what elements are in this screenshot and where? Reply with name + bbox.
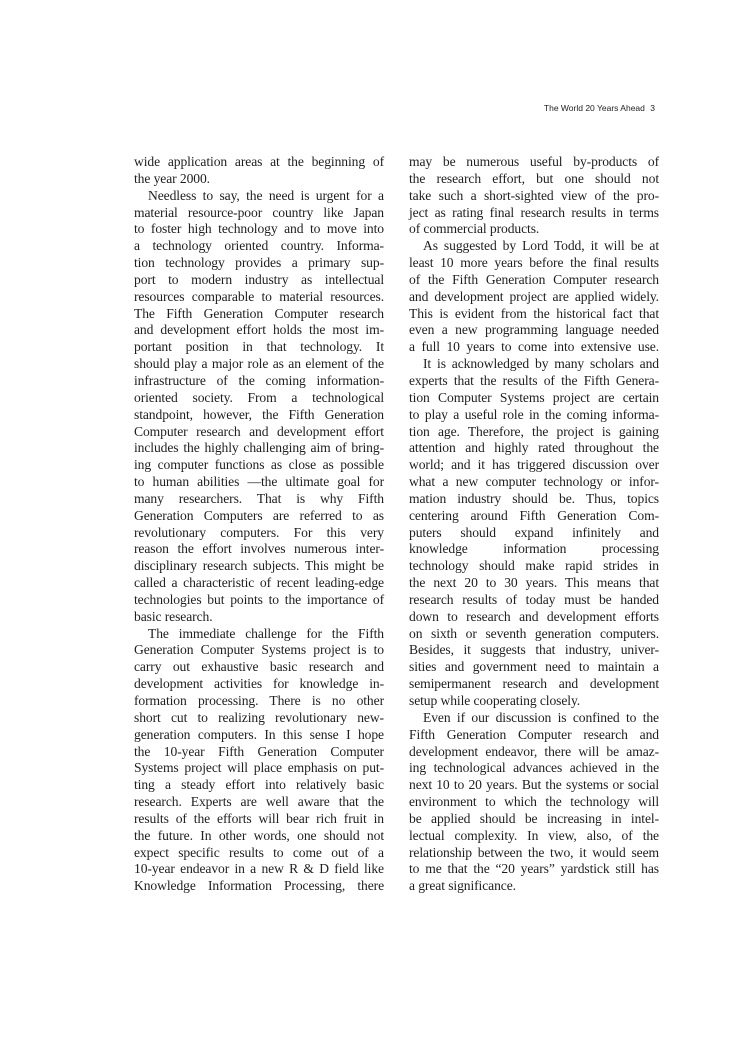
page-number: 3 bbox=[650, 103, 655, 113]
text-line: a technology oriented country. Informa- bbox=[134, 238, 384, 255]
right-column: may be numerous useful by-products ofthe… bbox=[409, 154, 659, 895]
text-line: to foster high technology and to move in… bbox=[134, 221, 384, 238]
text-line: As suggested by Lord Todd, it will be at bbox=[409, 238, 659, 255]
text-line: on sixth or seventh generation computers… bbox=[409, 626, 659, 643]
text-line: to me that the “20 years” yardstick stil… bbox=[409, 861, 659, 878]
text-line: Computer research and development effort bbox=[134, 424, 384, 441]
text-line: research. Experts are well aware that th… bbox=[134, 794, 384, 811]
text-line: many researchers. That is why Fifth bbox=[134, 491, 384, 508]
running-header: The World 20 Years Ahead 3 bbox=[520, 103, 655, 113]
text-line: technology should make rapid strides in bbox=[409, 558, 659, 575]
text-line: technologies but points to the importanc… bbox=[134, 592, 384, 609]
text-line: development activities for knowledge in- bbox=[134, 676, 384, 693]
text-line: oriented society. From a technological bbox=[134, 390, 384, 407]
text-line: carry out exhaustive basic research and bbox=[134, 659, 384, 676]
text-line: revolutionary computers. For this very bbox=[134, 525, 384, 542]
text-line: environment to which the technology will bbox=[409, 794, 659, 811]
text-line: It is acknowledged by many scholars and bbox=[409, 356, 659, 373]
text-line: formation processing. There is no other bbox=[134, 693, 384, 710]
text-line: Fifth Generation Computer research and bbox=[409, 727, 659, 744]
text-line: relationship between the two, it would s… bbox=[409, 845, 659, 862]
text-line: generation computers. In this sense I ho… bbox=[134, 727, 384, 744]
text-line: the year 2000. bbox=[134, 171, 384, 188]
text-line: of commercial products. bbox=[409, 221, 659, 238]
text-line: semipermanent research and development bbox=[409, 676, 659, 693]
text-line: setup while cooperating closely. bbox=[409, 693, 659, 710]
text-line: Knowledge Information Processing, there bbox=[134, 878, 384, 895]
text-line: port to modern industry as intellectual bbox=[134, 272, 384, 289]
text-line: The immediate challenge for the Fifth bbox=[134, 626, 384, 643]
text-line: expect specific results to come out of a bbox=[134, 845, 384, 862]
text-line: Besides, it suggests that industry, univ… bbox=[409, 642, 659, 659]
text-line: material resource-poor country like Japa… bbox=[134, 205, 384, 222]
text-line: tion Computer Systems project are certai… bbox=[409, 390, 659, 407]
text-line: world; and it has triggered discussion o… bbox=[409, 457, 659, 474]
text-line: a great significance. bbox=[409, 878, 659, 895]
text-line: a full 10 years to come into extensive u… bbox=[409, 339, 659, 356]
text-line: ting a steady effort into relatively bas… bbox=[134, 777, 384, 794]
text-line: knowledge information processing bbox=[409, 541, 659, 558]
text-line: next 10 to 20 years. But the systems or … bbox=[409, 777, 659, 794]
text-line: centering around Fifth Generation Com- bbox=[409, 508, 659, 525]
text-line: to human abilities —the ultimate goal fo… bbox=[134, 474, 384, 491]
text-line: to play a useful role in the coming info… bbox=[409, 407, 659, 424]
text-line: disciplinary research subjects. This mig… bbox=[134, 558, 384, 575]
text-line: 10-year endeavor in a new R & D field li… bbox=[134, 861, 384, 878]
text-line: Generation Computer Systems project is t… bbox=[134, 642, 384, 659]
text-line: ject as rating final research results in… bbox=[409, 205, 659, 222]
text-line: Systems project will place emphasis on p… bbox=[134, 760, 384, 777]
text-line: least 10 more years before the final res… bbox=[409, 255, 659, 272]
text-line: should play a major role as an element o… bbox=[134, 356, 384, 373]
text-line: Generation Computers are referred to as bbox=[134, 508, 384, 525]
text-line: ing computer functions as close as possi… bbox=[134, 457, 384, 474]
text-line: portant position in that technology. It bbox=[134, 339, 384, 356]
text-line: even a new programming language needed bbox=[409, 322, 659, 339]
text-line: may be numerous useful by-products of bbox=[409, 154, 659, 171]
text-line: be applied should be increasing in intel… bbox=[409, 811, 659, 828]
text-line: the future. In other words, one should n… bbox=[134, 828, 384, 845]
text-line: experts that the results of the Fifth Ge… bbox=[409, 373, 659, 390]
text-line: mation industry should be. Thus, topics bbox=[409, 491, 659, 508]
text-line: resources comparable to material resourc… bbox=[134, 289, 384, 306]
text-line: Even if our discussion is confined to th… bbox=[409, 710, 659, 727]
text-line: The Fifth Generation Computer research bbox=[134, 306, 384, 323]
text-line: down to research and development efforts bbox=[409, 609, 659, 626]
text-line: standpoint, however, the Fifth Generatio… bbox=[134, 407, 384, 424]
text-line: ing technological advances achieved in t… bbox=[409, 760, 659, 777]
text-line: what a new computer technology or infor- bbox=[409, 474, 659, 491]
text-line: sities and government need to maintain a bbox=[409, 659, 659, 676]
text-line: the research effort, but one should not bbox=[409, 171, 659, 188]
text-line: and development effort holds the most im… bbox=[134, 322, 384, 339]
text-line: short cut to realizing revolutionary new… bbox=[134, 710, 384, 727]
text-line: basic research. bbox=[134, 609, 384, 626]
text-line: lectual complexity. In view, also, of th… bbox=[409, 828, 659, 845]
text-line: tion age. Therefore, the project is gain… bbox=[409, 424, 659, 441]
text-line: attention and highly rated throughout th… bbox=[409, 440, 659, 457]
text-line: and development project are applied wide… bbox=[409, 289, 659, 306]
text-line: Needless to say, the need is urgent for … bbox=[134, 188, 384, 205]
text-line: infrastructure of the coming information… bbox=[134, 373, 384, 390]
text-line: reason the effort involves numerous inte… bbox=[134, 541, 384, 558]
text-line: puters should expand infinitely and bbox=[409, 525, 659, 542]
text-line: includes the highly challenging aim of b… bbox=[134, 440, 384, 457]
text-line: the 10-year Fifth Generation Computer bbox=[134, 744, 384, 761]
text-line: of the Fifth Generation Computer researc… bbox=[409, 272, 659, 289]
text-line: This is evident from the historical fact… bbox=[409, 306, 659, 323]
text-line: research results of today must be handed bbox=[409, 592, 659, 609]
text-line: development endeavor, there will be amaz… bbox=[409, 744, 659, 761]
text-line: the next 20 to 30 years. This means that bbox=[409, 575, 659, 592]
text-line: wide application areas at the beginning … bbox=[134, 154, 384, 171]
left-column: wide application areas at the beginning … bbox=[134, 154, 384, 895]
text-line: called a characteristic of recent leadin… bbox=[134, 575, 384, 592]
text-line: tion technology provides a primary sup- bbox=[134, 255, 384, 272]
text-line: take such a short-sighted view of the pr… bbox=[409, 188, 659, 205]
running-title: The World 20 Years Ahead bbox=[544, 103, 645, 113]
text-line: results of the efforts will bear rich fr… bbox=[134, 811, 384, 828]
